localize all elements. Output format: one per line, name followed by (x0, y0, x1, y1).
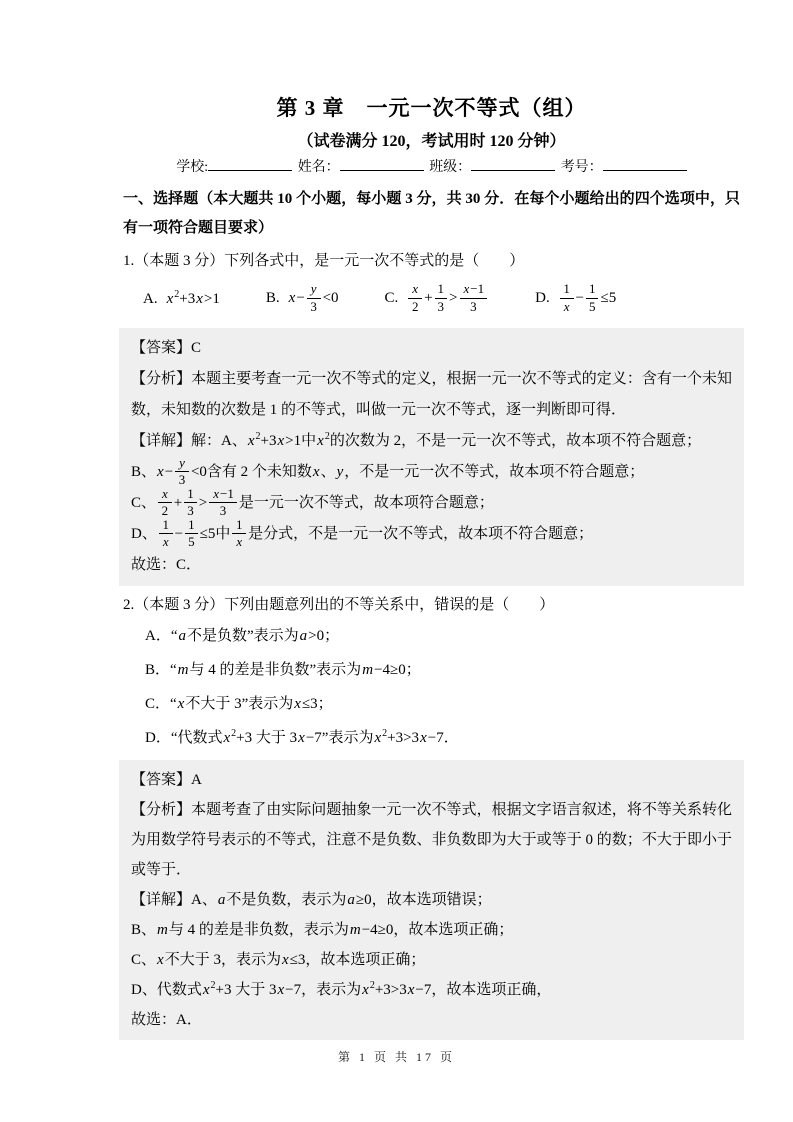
question-2-answer-line: 【答案】A (131, 765, 732, 795)
question-2-detail-line-a: 【详解】A、a不是负数，表示为a≥0，故本选项错误； (131, 885, 732, 915)
question-2-detail-line-b: B、m与 4 的差是非负数，表示为m−4≥0，故本选项正确； (131, 915, 732, 945)
question-1-option-d: D.1x−15≤5 (535, 283, 616, 314)
question-2-option-b: B．“m与 4 的差是非负数”表示为m−4≥0； (145, 653, 740, 687)
option-d-label: D. (535, 290, 550, 306)
option-a-expression: x2+3x>1 (166, 291, 220, 307)
question-1-detail-line-c: C、x2+13>x−13是一元一次不等式，故本项符合题意； (131, 488, 732, 519)
field-class: 班级： (429, 158, 555, 178)
document-page: 第 3 章 一元一次不等式（组） （试卷满分 120，考试用时 120 分钟） … (0, 0, 793, 1122)
question-2-option-a: A．“a不是负数”表示为a>0； (145, 619, 740, 653)
option-b-label: B. (266, 290, 280, 306)
field-name-label: 姓名： (298, 160, 340, 175)
field-exam-number-label: 考号： (561, 160, 603, 175)
question-2-answer-block: 【答案】A 【分析】本题考查了由实际问题抽象一元一次不等式，根据文字语言叙述，将… (119, 760, 744, 1040)
question-1-option-b: B.x−y3<0 (266, 283, 339, 314)
question-1-detail-line-b: B、x−y3<0含有 2 个未知数x、y，不是一元一次不等式，故本项不符合题意； (131, 457, 732, 488)
option-c-expression: x2+13>x−13 (406, 290, 489, 306)
question-2-option-c: C．“x不大于 3”表示为x≤3； (145, 687, 740, 721)
header-fields-row: 学校: 姓名： 班级： 考号： (123, 158, 740, 178)
question-1-conclusion-line: 故选：C． (131, 550, 732, 581)
field-exam-number: 考号： (561, 158, 687, 178)
question-1-option-a: A.x2+3x>1 (143, 291, 220, 308)
field-exam-number-blank (603, 158, 687, 171)
field-class-label: 班级： (429, 160, 471, 175)
question-1-stem: 1.（本题 3 分）下列各式中，是一元一次不等式的是（ ） (123, 247, 740, 275)
field-school: 学校: (176, 158, 292, 178)
question-2-detail-line-d: D、代数式x2+3 大于 3x−7，表示为x2+3>3x−7，故本选项正确， (131, 975, 732, 1005)
document-content: 第 3 章 一元一次不等式（组） （试卷满分 120，考试用时 120 分钟） … (123, 0, 740, 1040)
question-1-detail-line-d: D、1x−15≤5中1x是分式，不是一元一次不等式，故本项不符合题意； (131, 519, 732, 550)
option-c-label: C. (385, 290, 399, 306)
question-1-answer-line: 【答案】C (131, 333, 732, 364)
question-2: 2.（本题 3 分）下列由题意列出的不等关系中，错误的是（ ） A．“a不是负数… (123, 591, 740, 1040)
question-1-answer-block: 【答案】C 【分析】本题主要考查一元一次不等式的定义，根据一元一次不等式的定义：… (119, 328, 744, 586)
question-2-analysis-line: 【分析】本题考查了由实际问题抽象一元一次不等式，根据文字语言叙述，将不等关系转化… (131, 795, 732, 885)
question-2-stem: 2.（本题 3 分）下列由题意列出的不等关系中，错误的是（ ） (123, 591, 740, 619)
question-1-analysis-line: 【分析】本题主要考查一元一次不等式的定义，根据一元一次不等式的定义：含有一个未知… (131, 364, 732, 426)
option-a-label: A. (143, 291, 158, 307)
document-title: 第 3 章 一元一次不等式（组） (123, 94, 740, 122)
question-1-detail-line-a: 【详解】解：A、x2+3x>1中x2的次数为 2，不是一元一次不等式，故本项不符… (131, 426, 732, 457)
page-footer: 第 1 页 共 17 页 (0, 1048, 793, 1065)
field-school-label: 学校: (176, 160, 208, 175)
field-school-blank (208, 158, 292, 171)
question-1-options: A.x2+3x>1 B.x−y3<0 C.x2+13>x−13 D.1x−15≤… (143, 275, 740, 323)
option-d-expression: 1x−15≤5 (558, 290, 616, 306)
document-subtitle: （试卷满分 120，考试用时 120 分钟） (123, 131, 740, 152)
option-b-expression: x−y3<0 (288, 290, 339, 306)
question-2-detail-line-c: C、x不大于 3，表示为x≤3，故本选项正确； (131, 945, 732, 975)
field-class-blank (471, 158, 555, 171)
question-2-options: A．“a不是负数”表示为a>0； B．“m与 4 的差是非负数”表示为m−4≥0… (123, 619, 740, 755)
question-2-option-d: D．“代数式x2+3 大于 3x−7”表示为x2+3>3x−7． (145, 721, 740, 755)
question-2-conclusion-line: 故选：A． (131, 1005, 732, 1035)
section-heading-choice-questions: 一、选择题（本大题共 10 个小题，每小题 3 分，共 30 分．在每个小题给出… (123, 185, 740, 243)
question-1-option-c: C.x2+13>x−13 (385, 283, 490, 314)
field-name: 姓名： (298, 158, 424, 178)
field-name-blank (340, 158, 424, 171)
